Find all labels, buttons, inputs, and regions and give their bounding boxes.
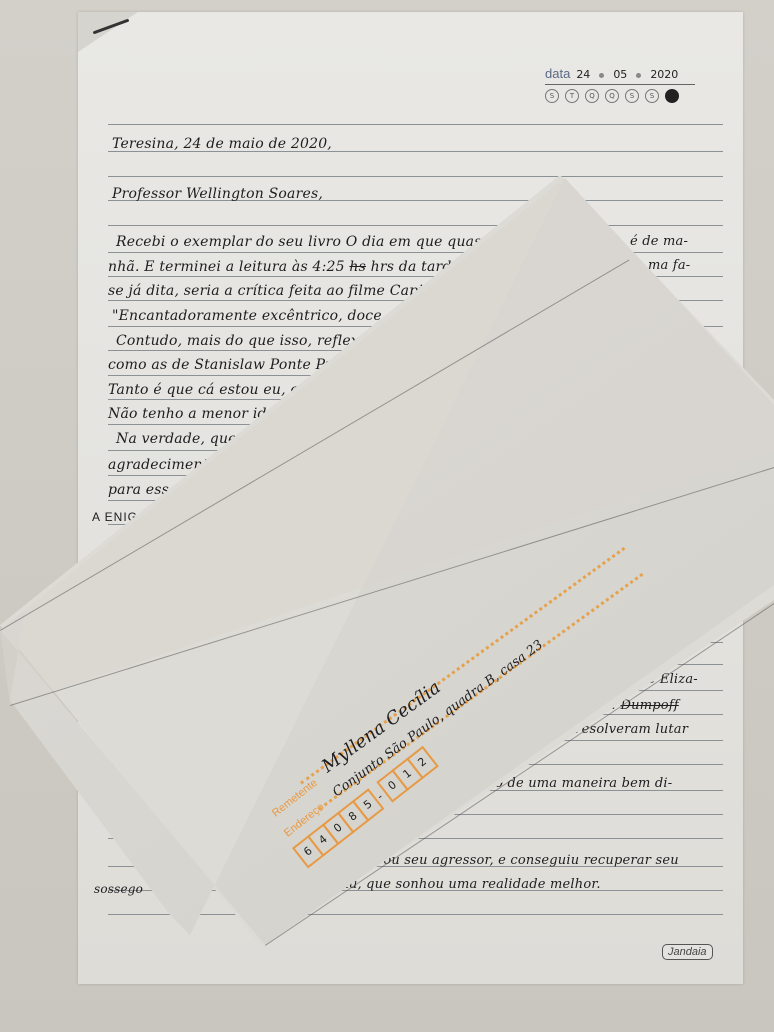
letter-line: nhã. E terminei a leitura às 4:25 hs hrs…: [108, 259, 452, 275]
letter-line: "Encantadoramente excêntrico, doce e div: [112, 308, 422, 324]
ruled-line: [108, 225, 723, 226]
letter-fragment: sossego: [94, 882, 143, 896]
date-day: 24: [576, 68, 590, 81]
struck-word: hs: [349, 259, 366, 275]
photo-scene: data 24 05 2020 S T Q Q S S D: [0, 0, 774, 1032]
weekday-circle-selected: D: [665, 89, 679, 103]
letter-place-date: Teresina, 24 de maio de 2020,: [112, 136, 332, 152]
weekday-circle: Q: [585, 89, 599, 103]
date-year: 2020: [650, 68, 678, 81]
date-label: data: [545, 66, 570, 81]
weekday-circle: S: [545, 89, 559, 103]
letter-fragment: ma fa-: [648, 258, 690, 273]
letter-line: se já dita, seria a crítica feita ao fil…: [108, 283, 437, 299]
ruled-line: [108, 124, 723, 125]
letter-line: Na verdade, quer: [116, 431, 244, 447]
letter-line-text: nhã. E terminei a leitura às 4:25: [108, 259, 345, 275]
date-month: 05: [613, 68, 627, 81]
letter-line: Contudo, mais do que isso, reflexi: [116, 333, 364, 349]
date-separator: [599, 73, 604, 78]
weekday-circle: T: [565, 89, 579, 103]
letter-salutation: Professor Wellington Soares,: [112, 186, 323, 202]
letter-fragment: é de ma-: [630, 234, 688, 249]
weekday-circle: S: [625, 89, 639, 103]
weekday-circle: Q: [605, 89, 619, 103]
notebook-brand-logo: Jandaia: [662, 944, 713, 960]
weekday-circles: S T Q Q S S D: [545, 89, 695, 103]
weekday-circle: S: [645, 89, 659, 103]
letter-fragment: perdoou seu agressor, e conseguiu recupe…: [344, 853, 679, 868]
date-header: data 24 05 2020 S T Q Q S S D: [545, 66, 695, 103]
letter-line: Recebi o exemplar do seu livro O dia em …: [116, 234, 490, 250]
date-separator: [636, 73, 641, 78]
ruled-line: [108, 176, 723, 177]
